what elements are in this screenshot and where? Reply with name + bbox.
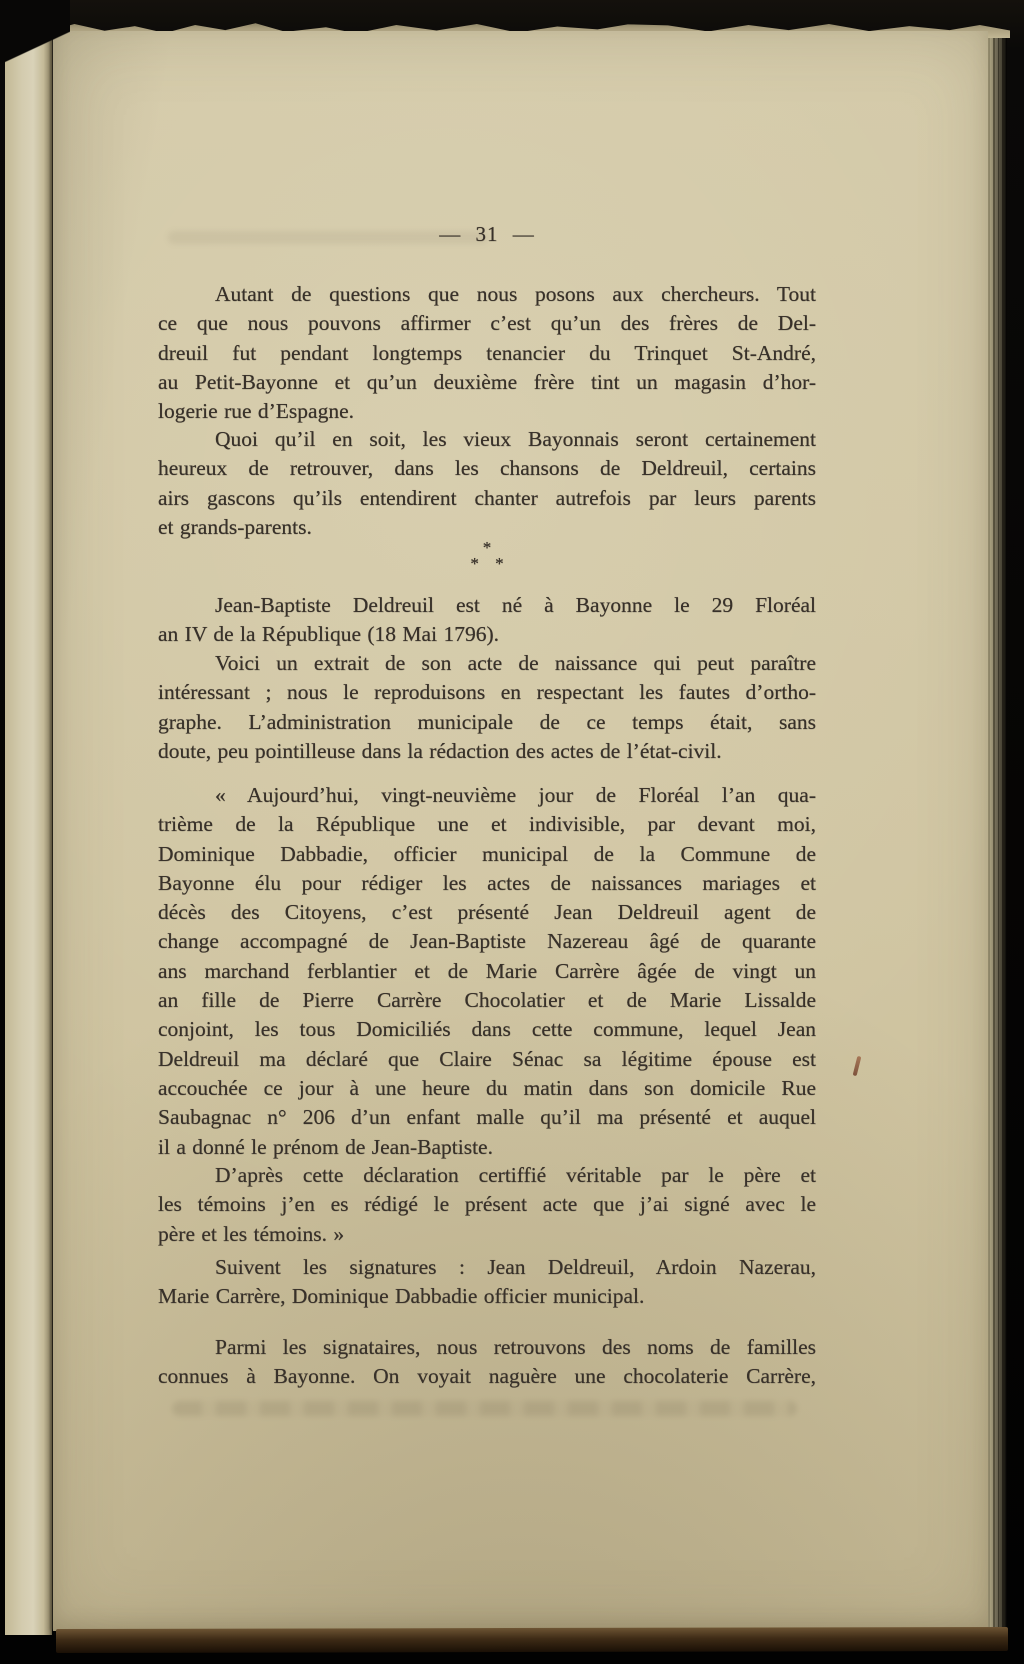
text-line: heureux de retrouver, dans les chansons …: [158, 454, 816, 483]
text-line: Autant de questions que nous posons aux …: [158, 280, 816, 309]
paragraph-7-signatures: Suivent les signatures : Jean Deldreuil,…: [158, 1253, 816, 1312]
text-line: change accompagné de Jean-Baptiste Nazer…: [158, 927, 816, 956]
text-line: logerie rue d’Espagne.: [158, 397, 816, 426]
asterism-bottom: * *: [158, 556, 816, 572]
text-line: airs gascons qu’ils entendirent chanter …: [158, 484, 816, 513]
text-line: « Aujourd’hui, vingt-neuvième jour de Fl…: [158, 781, 816, 810]
text-line: il a donné le prénom de Jean-Baptiste.: [158, 1133, 816, 1162]
text-line: ce que nous pouvons affirmer c’est qu’un…: [158, 309, 816, 338]
text-line: an IV de la République (18 Mai 1796).: [158, 620, 816, 649]
text-line: décès des Citoyens, c’est présenté Jean …: [158, 898, 816, 927]
paragraph-5-birth-act: « Aujourd’hui, vingt-neuvième jour de Fl…: [158, 781, 816, 1162]
text-line: Voici un extrait de son acte de naissanc…: [158, 649, 816, 678]
text-line: Quoi qu’il en soit, les vieux Bayonnais …: [158, 425, 816, 454]
text-line: Deldreuil ma déclaré que Claire Sénac sa…: [158, 1045, 816, 1074]
text-line: Saubagnac n° 206 d’un enfant malle qu’il…: [158, 1103, 816, 1132]
text-line: D’après cette déclaration certiffié véri…: [158, 1161, 816, 1190]
text-line: Parmi les signataires, nous retrouvons d…: [158, 1333, 816, 1362]
fore-edge-page-stack: [988, 38, 1007, 1630]
text-line: les témoins j’en es rédigé le présent ac…: [158, 1190, 816, 1219]
gutter-page-fold: [5, 27, 52, 1635]
text-line: Marie Carrère, Dominique Dabbadie offici…: [158, 1282, 816, 1311]
text-line: au Petit-Bayonne et qu’un deuxième frère…: [158, 368, 816, 397]
paragraph-6: D’après cette déclaration certiffié véri…: [158, 1161, 816, 1249]
paragraph-4: Voici un extrait de son acte de naissanc…: [158, 649, 816, 766]
page-number: — 31 —: [158, 222, 816, 247]
text-line: Suivent les signatures : Jean Deldreuil,…: [158, 1253, 816, 1282]
paragraph-3: Jean-Baptiste Deldreuil est né à Bayonne…: [158, 591, 816, 650]
ghost-impression: [172, 1401, 797, 1416]
text-line: connues à Bayonne. On voyait naguère une…: [158, 1362, 816, 1391]
bottom-cover-edge: [56, 1627, 1008, 1653]
text-line: dreuil fut pendant longtemps tenancier d…: [158, 339, 816, 368]
text-line: Jean-Baptiste Deldreuil est né à Bayonne…: [158, 591, 816, 620]
book-scan: — 31 — Autant de questions que nous poso…: [0, 0, 1024, 1664]
asterism-separator: * * *: [158, 540, 816, 572]
text-line: père et les témoins. »: [158, 1220, 816, 1249]
paragraph-1: Autant de questions que nous posons aux …: [158, 280, 816, 426]
text-line: graphe. L’administration municipale de c…: [158, 708, 816, 737]
text-line: trième de la République une et indivisib…: [158, 810, 816, 839]
text-line: Bayonne élu pour rédiger les actes de na…: [158, 869, 816, 898]
text-line: accouchée ce jour à une heure du matin d…: [158, 1074, 816, 1103]
text-line: conjoint, les tous Domiciliés dans cette…: [158, 1015, 816, 1044]
text-line: Dominique Dabbadie, officier municipal d…: [158, 840, 816, 869]
text-line: intéressant ; nous le reproduisons en re…: [158, 678, 816, 707]
text-line: an fille de Pierre Carrère Chocolatier e…: [158, 986, 816, 1015]
paragraph-2: Quoi qu’il en soit, les vieux Bayonnais …: [158, 425, 816, 542]
paragraph-8: Parmi les signataires, nous retrouvons d…: [158, 1333, 816, 1392]
text-line: ans marchand ferblantier et de Marie Car…: [158, 957, 816, 986]
text-line: doute, peu pointilleuse dans la rédactio…: [158, 737, 816, 766]
top-left-shadow: [0, 0, 70, 90]
